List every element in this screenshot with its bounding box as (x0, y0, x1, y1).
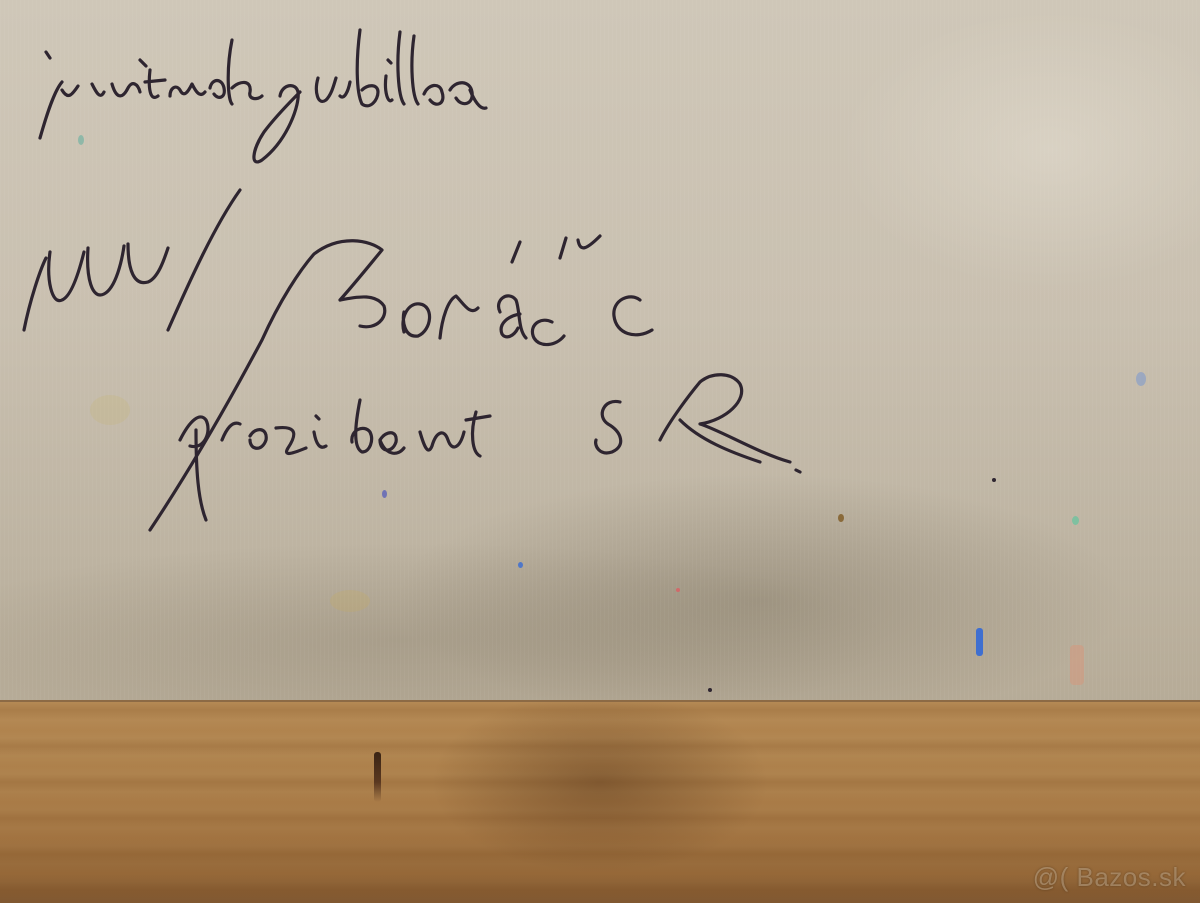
handwriting-strokes (0, 0, 1200, 705)
ink-stroke (532, 320, 564, 344)
wood-knot-mark (374, 752, 381, 802)
ink-stroke (596, 401, 621, 452)
ink-stroke (254, 30, 486, 162)
ink-stroke (796, 470, 800, 472)
bazos-watermark: @( Bazos.sk (1033, 862, 1186, 893)
photo-scene: životného jubilea M. Kováč prezident SR … (0, 0, 1200, 903)
ink-stroke (660, 375, 790, 462)
ink-stroke (150, 241, 385, 530)
ink-stroke (24, 244, 168, 330)
ink-stroke (420, 412, 490, 456)
ink-stroke (40, 40, 262, 138)
ink-stroke (512, 236, 600, 262)
ink-stroke (180, 400, 404, 520)
ink-stroke (614, 297, 652, 335)
ink-stroke (168, 190, 240, 330)
paper-sheet: životného jubilea M. Kováč prezident SR (0, 0, 1200, 705)
ink-stroke (46, 52, 146, 66)
ink-stroke (403, 296, 526, 338)
wooden-plank (0, 700, 1200, 903)
